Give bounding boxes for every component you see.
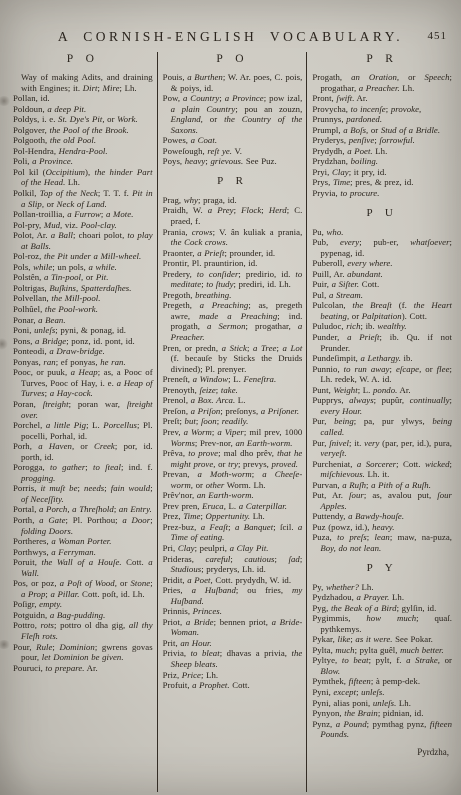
- dictionary-entry: Pol-pry, Mud, viz. Pool-clay.: [13, 220, 153, 231]
- dictionary-entry: Py, whether? Lh.: [312, 582, 452, 593]
- dictionary-entry: Pulcolan, the Breaſt (f. the Heart beati…: [312, 300, 452, 321]
- dictionary-entry: Powes, a Coat.: [163, 135, 303, 146]
- dictionary-entry: Porogga, to gather; to ſteal; ind. f. pr…: [13, 462, 153, 483]
- dictionary-entry: Prys, Time; pres, & prez, id.: [312, 177, 452, 188]
- dictionary-entry: Prinnis, Princes.: [163, 606, 303, 617]
- dictionary-entry: Prenol, a Box. Arca. L.: [163, 395, 303, 406]
- dictionary-entry: Pottro, rots; pottro ol dha gig, all thy…: [13, 620, 153, 641]
- dictionary-entry: Privia, to bleat; dhavas a privia, the S…: [163, 648, 303, 669]
- page-title: A CORNISH-ENGLISH VOCABULARY.: [0, 29, 461, 45]
- dictionary-entry: Prevan, a Moth-worm; a Cheeſe-worm, or o…: [163, 469, 303, 490]
- dictionary-entry: Puz (powz, id.), heavy.: [312, 522, 452, 533]
- dictionary-entry: Pooc, or puuk, a Heap; as, a Pooc of Tur…: [13, 367, 153, 399]
- dictionary-entry: Pryi, Clay; it pry, id.: [312, 167, 452, 178]
- dictionary-entry: Polkil, Top of the Neck; T. T. f. Pit in…: [13, 188, 153, 209]
- dictionary-entry: Ponteodi, a Draw-bridge.: [13, 346, 153, 357]
- dictionary-entry: Poruit, the Wall of a Houſe. Cott. a Wal…: [13, 557, 153, 578]
- dictionary-entry: Prez-buz, a Feaſt; a Banquet; ſcil. a Ti…: [163, 522, 303, 543]
- dictionary-entry: Pur, being; pa, pur ylwys, being called.: [312, 416, 452, 437]
- scan-smudge: [0, 338, 8, 350]
- dictionary-entry: Puza, to preſs; lean; maw, na-puza, Boy,…: [312, 532, 452, 553]
- dictionary-column: P RProgath, an Oration, or Speech; proga…: [306, 52, 456, 792]
- dictionary-entry: Punt, Weight; L. pondo. Ar.: [312, 385, 452, 396]
- dictionary-entry: Pregeth, a Preaching; as, pregeth awre, …: [163, 300, 303, 342]
- dictionary-entry: Puill, Ar. abundant.: [312, 269, 452, 280]
- columns: P OWay of making Adits, and draining wit…: [8, 52, 456, 792]
- dictionary-entry: Pour, Rule; Dominion; gwrens govas pour,…: [13, 642, 153, 663]
- dictionary-entry: Prev, a Worm; a Viper; mil prev, 1000 Wo…: [163, 427, 303, 448]
- dictionary-entry: Pynz, a Pound; pymthag pynz, fifteen Pou…: [312, 719, 452, 740]
- catchword: Pyrdzha,: [312, 747, 452, 757]
- dictionary-entry: Preneſt, a Window; L. Feneſtra.: [163, 374, 303, 385]
- dictionary-entry: Pykar, like; as it were. See Pokar.: [312, 634, 452, 645]
- dictionary-entry: Pow, a Country; a Province; pow izal, a …: [163, 93, 303, 135]
- section-header: P Y: [312, 562, 452, 574]
- dictionary-entry: Pryderys, penſive; ſorrowful.: [312, 135, 452, 146]
- dictionary-entry: Poldoun, a deep Pit.: [13, 104, 153, 115]
- dictionary-entry: Pryvia, to procure.: [312, 188, 452, 199]
- dictionary-entry: Pur, ſnivel; it. very (par, per, id.), p…: [312, 438, 452, 459]
- dictionary-entry: Puberoll, every where.: [312, 258, 452, 269]
- dictionary-entry: Poran, ſtreight; poran war, ſtreight ove…: [13, 399, 153, 420]
- dictionary-entry: Prania, crows; V. ân kuliak a prania, th…: [163, 227, 303, 248]
- section-header: P U: [312, 207, 452, 219]
- dictionary-entry: Pymthek, fifteen; à pemp-dek.: [312, 676, 452, 687]
- dictionary-entry: Put, Ar. ſour; as, avalou put, ſour Appl…: [312, 490, 452, 511]
- dictionary-entry: Pundeſimpit, a Lethargy. ib.: [312, 353, 452, 364]
- dictionary-entry: Poli, a Province.: [13, 156, 153, 167]
- dictionary-entry: Punnio, to run away; eſcape, or flee; Lh…: [312, 364, 452, 385]
- dictionary-entry: Polot, Ar. a Ball; choari polot, to play…: [13, 230, 153, 251]
- dictionary-entry: Pol-roz, the Pit under a Mill-wheel.: [13, 251, 153, 262]
- dictionary-entry: Prêva, to prove; mal dho prêv, that he m…: [163, 448, 303, 469]
- dictionary-column: P OPouis, a Burthen; W. Ar. poes, C. poi…: [157, 52, 307, 792]
- dictionary-entry: Pollan-troillia, a Furrow; a Mote.: [13, 209, 153, 220]
- dictionary-entry: Pos, or poz, a Poſt of Wood, or Stone; a…: [13, 578, 153, 599]
- dictionary-entry: Pri, Clay; peulpri, a Clay Pit.: [163, 543, 303, 554]
- dictionary-entry: Polgover, the Pool of the Brook.: [13, 125, 153, 136]
- dictionary-entry: Ponyas, ran; ef ponyas, he ran.: [13, 357, 153, 368]
- dictionary-entry: Pren, or predn, a Stick; a Tree; a Lot (…: [163, 343, 303, 375]
- dictionary-entry: Pregoth, breathing.: [163, 290, 303, 301]
- dictionary-entry: Poltrigas, Buſkins, Spatterdaſhes.: [13, 283, 153, 294]
- dictionary-entry: Portal, a Porch, a Threſhold; an Entry.: [13, 504, 153, 515]
- dictionary-entry: Pridit, a Poet, Cott. prydydh, W. id.: [163, 575, 303, 586]
- dictionary-entry: Praonter, a Prieſt; prounder, id.: [163, 248, 303, 259]
- dictionary-entry: Potguidn, a Bag-pudding.: [13, 610, 153, 621]
- dictionary-entry: Prumpl, a Boſs, or Stud of a Bridle.: [312, 125, 452, 136]
- dictionary-entry: Punder, a Prieſt; ib. Qu. if not Prunder…: [312, 332, 452, 353]
- dictionary-entry: Prez, Time; Oppertunity. Lh.: [163, 511, 303, 522]
- dictionary-entry: Puir, a Siſter. Cott.: [312, 279, 452, 290]
- dictionary-entry: Pol kil (Occipitium), the hinder Part of…: [13, 167, 153, 188]
- dictionary-entry: Prenoyth, ſeize; take.: [163, 385, 303, 396]
- dictionary-entry: Pynyon, the Brain; pidnian, id.: [312, 708, 452, 719]
- dictionary-entry: Pouis, a Burthen; W. Ar. poes, C. pois, …: [163, 72, 303, 93]
- dictionary-entry: Puttendy, a Bawdy-houſe.: [312, 511, 452, 522]
- dictionary-entry: Pouruci, to prepare. Ar.: [13, 663, 153, 674]
- dictionary-entry: Pub, every; pub-er, whatſoever; pypenag,…: [312, 237, 452, 258]
- dictionary-entry: Priz, Price; Lh.: [163, 670, 303, 681]
- dictionary-entry: Prontir, Pl. prauntirion, id.: [163, 258, 303, 269]
- dictionary-entry: Prideras, careful; cautious; ſad; Studio…: [163, 554, 303, 575]
- dictionary-entry: Preſt; but; ſoon; readily.: [163, 416, 303, 427]
- dictionary-entry: Polvellan, the Mill-pool.: [13, 293, 153, 304]
- dictionary-entry: Pupprys, always; pupûr, continually; eve…: [312, 395, 452, 416]
- column-header: P R: [312, 53, 452, 65]
- dictionary-entry: Pygimmis, how much; quaſ. pythkemys.: [312, 613, 452, 634]
- dictionary-entry: Prev pren, Eruca, L. a Caterpillar.: [163, 501, 303, 512]
- dictionary-entry: Porth, a Gate; Pl. Porthou; a Door; fold…: [13, 515, 153, 536]
- dictionary-entry: Prunnys, pardoned.: [312, 114, 452, 125]
- dictionary-entry: Prydzhan, boiling.: [312, 156, 452, 167]
- dictionary-entry: Ponar, a Bean.: [13, 315, 153, 326]
- dictionary-entry: Progath, an Oration, or Speech; progatha…: [312, 72, 452, 93]
- dictionary-entry: Pyltye, to beat; pylt, f. a Strake, or B…: [312, 655, 452, 676]
- page-number: 451: [428, 30, 448, 42]
- dictionary-entry: Poldys, i. e. St. Dye's Pit, or Work.: [13, 114, 153, 125]
- dictionary-entry: Portheres, a Woman Porter.: [13, 536, 153, 547]
- dictionary-entry: Poys, heavy; grievous. See Puz.: [163, 156, 303, 167]
- dictionary-entry: Prit, an Hour.: [163, 638, 303, 649]
- dictionary-entry: Pyni, alias poni, unleſs. Lh.: [312, 698, 452, 709]
- dictionary-entry: Pul, a Stream.: [312, 290, 452, 301]
- scanned-page: A CORNISH-ENGLISH VOCABULARY. 451 P OWay…: [0, 0, 461, 795]
- dictionary-entry: Prêv'nor, an Earth-worm.: [163, 490, 303, 501]
- dictionary-entry: Pons, a Bridge; ponz, id. pont, id.: [13, 336, 153, 347]
- dictionary-entry: Poweſough, reſt ye. V.: [163, 146, 303, 157]
- dictionary-entry: Pront, ſwift. Ar.: [312, 93, 452, 104]
- dictionary-entry: Pyg, the Beak of a Bird; gylſin, id.: [312, 603, 452, 614]
- dictionary-entry: Pol-Hendra, Hendra-Pool.: [13, 146, 153, 157]
- dictionary-entry: Pu, who.: [312, 227, 452, 238]
- dictionary-entry: Pollan, id.: [13, 93, 153, 104]
- dictionary-entry: Pols, while; un pols, a while.: [13, 262, 153, 273]
- section-header: P R: [163, 175, 303, 187]
- dictionary-entry: Poni, unleſs; pyni, & ponag, id.: [13, 325, 153, 336]
- dictionary-entry: Purvan, a Ruſh; a Pith of a Ruſh.: [312, 480, 452, 491]
- dictionary-entry: Provycha, to incenſe; provoke,: [312, 104, 452, 115]
- entry-continuation: Way of making Adits, and draining with E…: [13, 72, 153, 93]
- dictionary-entry: Predery, to conſider; predirio, id. to m…: [163, 269, 303, 290]
- dictionary-entry: Purcheniat, a Sorcerer; Cott. wicked; mi…: [312, 459, 452, 480]
- dictionary-entry: Puludoc, rich; ib. wealthy.: [312, 321, 452, 332]
- dictionary-entry: Prydydh, a Poet. Lh.: [312, 146, 452, 157]
- dictionary-entry: Porris, it muſt be; needs; fain would; o…: [13, 483, 153, 504]
- dictionary-entry: Pries, a Huſband; ou fries, my Huſband.: [163, 585, 303, 606]
- page-header: A CORNISH-ENGLISH VOCABULARY. 451: [0, 0, 461, 52]
- dictionary-entry: Prag, why; praga, id.: [163, 195, 303, 206]
- dictionary-column: P OWay of making Adits, and draining wit…: [8, 52, 157, 792]
- dictionary-entry: Porh, a Haven, or Creek; por, id. porth,…: [13, 441, 153, 462]
- dictionary-entry: Polstên, a Tin-pool, or Pit.: [13, 272, 153, 283]
- column-header: P O: [163, 53, 303, 65]
- dictionary-entry: Profuit, a Prophet. Cott.: [163, 680, 303, 691]
- dictionary-entry: Polhûel, the Pool-work.: [13, 304, 153, 315]
- dictionary-entry: Porthwys, a Ferryman.: [13, 547, 153, 558]
- column-header: P O: [13, 53, 153, 65]
- dictionary-entry: Preſon, a Priſon; preſonys, a Priſoner.: [163, 406, 303, 417]
- dictionary-entry: Pylta, much; pylta guêl, much better.: [312, 645, 452, 656]
- dictionary-entry: Poſigr, empty.: [13, 599, 153, 610]
- dictionary-entry: Polgooth, the old Pool.: [13, 135, 153, 146]
- dictionary-entry: Porchel, a little Pig; L. Porcellus; Pl.…: [13, 420, 153, 441]
- dictionary-entry: Pyni, except; unleſs.: [312, 687, 452, 698]
- dictionary-entry: Pydzhadou, a Prayer. Lh.: [312, 592, 452, 603]
- dictionary-entry: Priot, a Bride; bennen priot, a Bride-Wo…: [163, 617, 303, 638]
- dictionary-entry: Praidh, W. a Prey; Flock; Herd; C. praed…: [163, 205, 303, 226]
